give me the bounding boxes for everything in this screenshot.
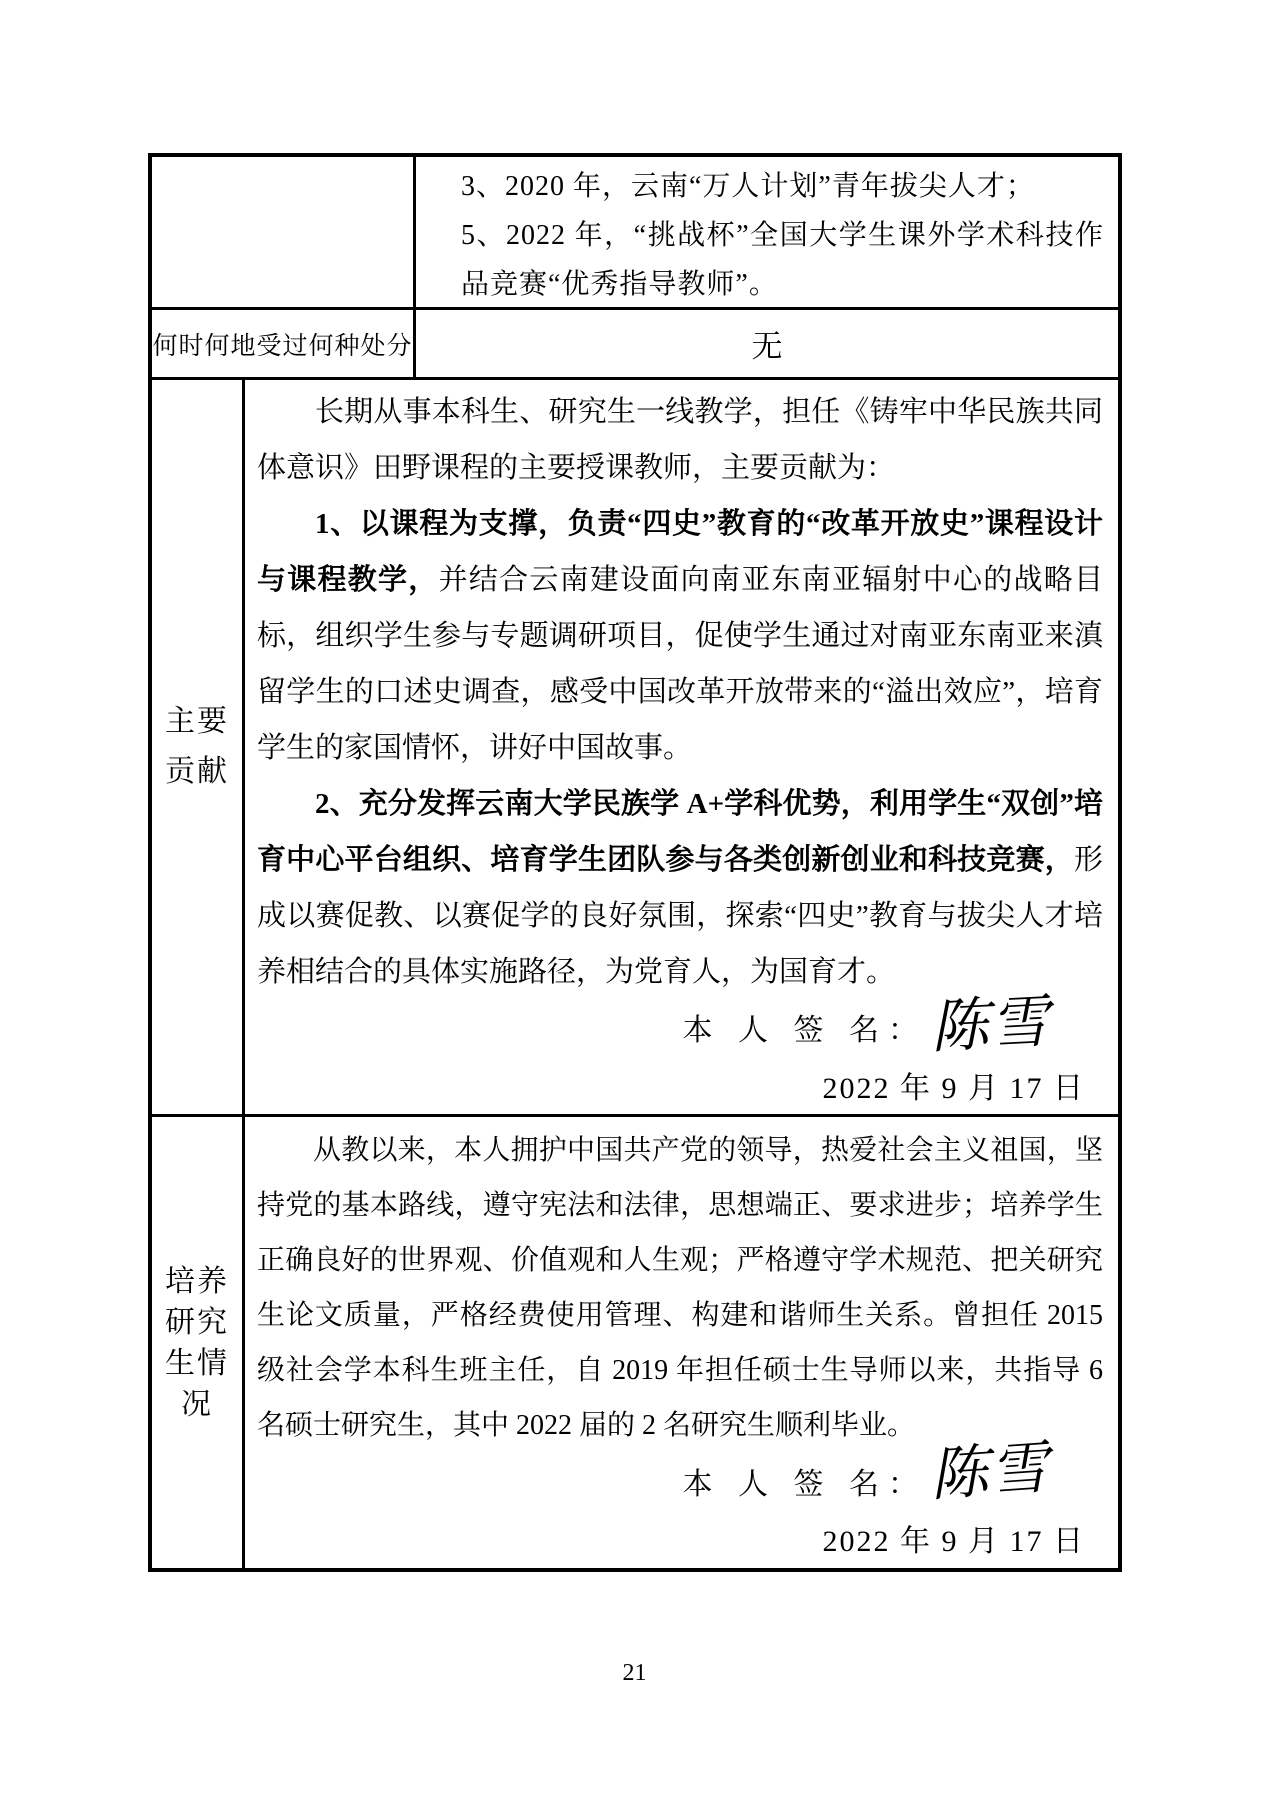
graduate-training-label-line4: 况 — [181, 1384, 213, 1425]
awards-content-cell: 3、2020 年，云南“万人计划”青年拔尖人才； 5、2022 年，“挑战杯”全… — [416, 157, 1118, 307]
contribution-signature-date: 2022 年 9 月 17 日 — [257, 1062, 1103, 1116]
graduate-training-label: 培养 研究 生情 况 — [152, 1117, 245, 1568]
punishment-label: 何时何地受过何种处分 — [152, 310, 416, 377]
main-contribution-label-line1: 主要 — [165, 697, 229, 747]
personnel-form-table: 3、2020 年，云南“万人计划”青年拔尖人才； 5、2022 年，“挑战杯”全… — [148, 153, 1122, 1572]
graduate-training-label-line1: 培养 — [165, 1261, 229, 1302]
graduate-training-label-line3: 生情 — [165, 1343, 229, 1384]
punishment-value: 无 — [416, 310, 1118, 377]
graduate-training-row: 培养 研究 生情 况 从教以来，本人拥护中国共产党的领导，热爱社会主义祖国，坚持… — [152, 1117, 1118, 1568]
signature-handwriting: 陈雪 — [929, 993, 1052, 1057]
contribution-paragraph-2: 1、以课程为支撑，负责“四史”教育的“改革开放史”课程设计与课程教学，并结合云南… — [257, 496, 1103, 776]
main-contribution-label: 主要 贡献 — [152, 380, 245, 1114]
training-paragraph: 从教以来，本人拥护中国共产党的领导，热爱社会主义祖国，坚持党的基本路线，遵守宪法… — [257, 1123, 1103, 1453]
award-item-5: 5、2022 年，“挑战杯”全国大学生课外学术科技作品竞赛“优秀指导教师”。 — [461, 211, 1104, 309]
signature-label: 本 人 签 名： — [682, 1003, 927, 1059]
contribution-paragraph-1: 长期从事本科生、研究生一线教学，担任《铸牢中华民族共同体意识》田野课程的主要授课… — [257, 384, 1103, 496]
punishment-row: 何时何地受过何种处分 无 — [152, 310, 1118, 380]
signature-label: 本 人 签 名： — [682, 1457, 927, 1512]
main-contribution-label-line2: 贡献 — [165, 747, 229, 797]
awards-row: 3、2020 年，云南“万人计划”青年拔尖人才； 5、2022 年，“挑战杯”全… — [152, 157, 1118, 310]
signature-handwriting: 陈雪 — [928, 1439, 1052, 1505]
contribution-paragraph-3: 2、充分发挥云南大学民族学 A+学科优势，利用学生“双创”培育中心平台组织、培育… — [257, 776, 1103, 1000]
document-page: 3、2020 年，云南“万人计划”青年拔尖人才； 5、2022 年，“挑战杯”全… — [0, 0, 1269, 1794]
main-contribution-row: 主要 贡献 长期从事本科生、研究生一线教学，担任《铸牢中华民族共同体意识》田野课… — [152, 380, 1118, 1117]
main-contribution-content: 长期从事本科生、研究生一线教学，担任《铸牢中华民族共同体意识》田野课程的主要授课… — [245, 380, 1118, 1114]
contribution-paragraph-3-bold: 2、充分发挥云南大学民族学 A+学科优势，利用学生“双创”培育中心平台组织、培育… — [257, 788, 1103, 876]
contribution-signature-line: 本 人 签 名： 陈雪 — [257, 1000, 1103, 1062]
training-signature-date: 2022 年 9 月 17 日 — [257, 1515, 1103, 1569]
graduate-training-label-line2: 研究 — [165, 1302, 229, 1343]
award-item-3: 3、2020 年，云南“万人计划”青年拔尖人才； — [461, 162, 1104, 211]
page-number: 21 — [0, 1660, 1269, 1687]
awards-row-empty-label-cell — [152, 157, 416, 307]
graduate-training-content: 从教以来，本人拥护中国共产党的领导，热爱社会主义祖国，坚持党的基本路线，遵守宪法… — [245, 1117, 1118, 1568]
training-signature-line: 本 人 签 名： 陈雪 — [257, 1453, 1103, 1515]
